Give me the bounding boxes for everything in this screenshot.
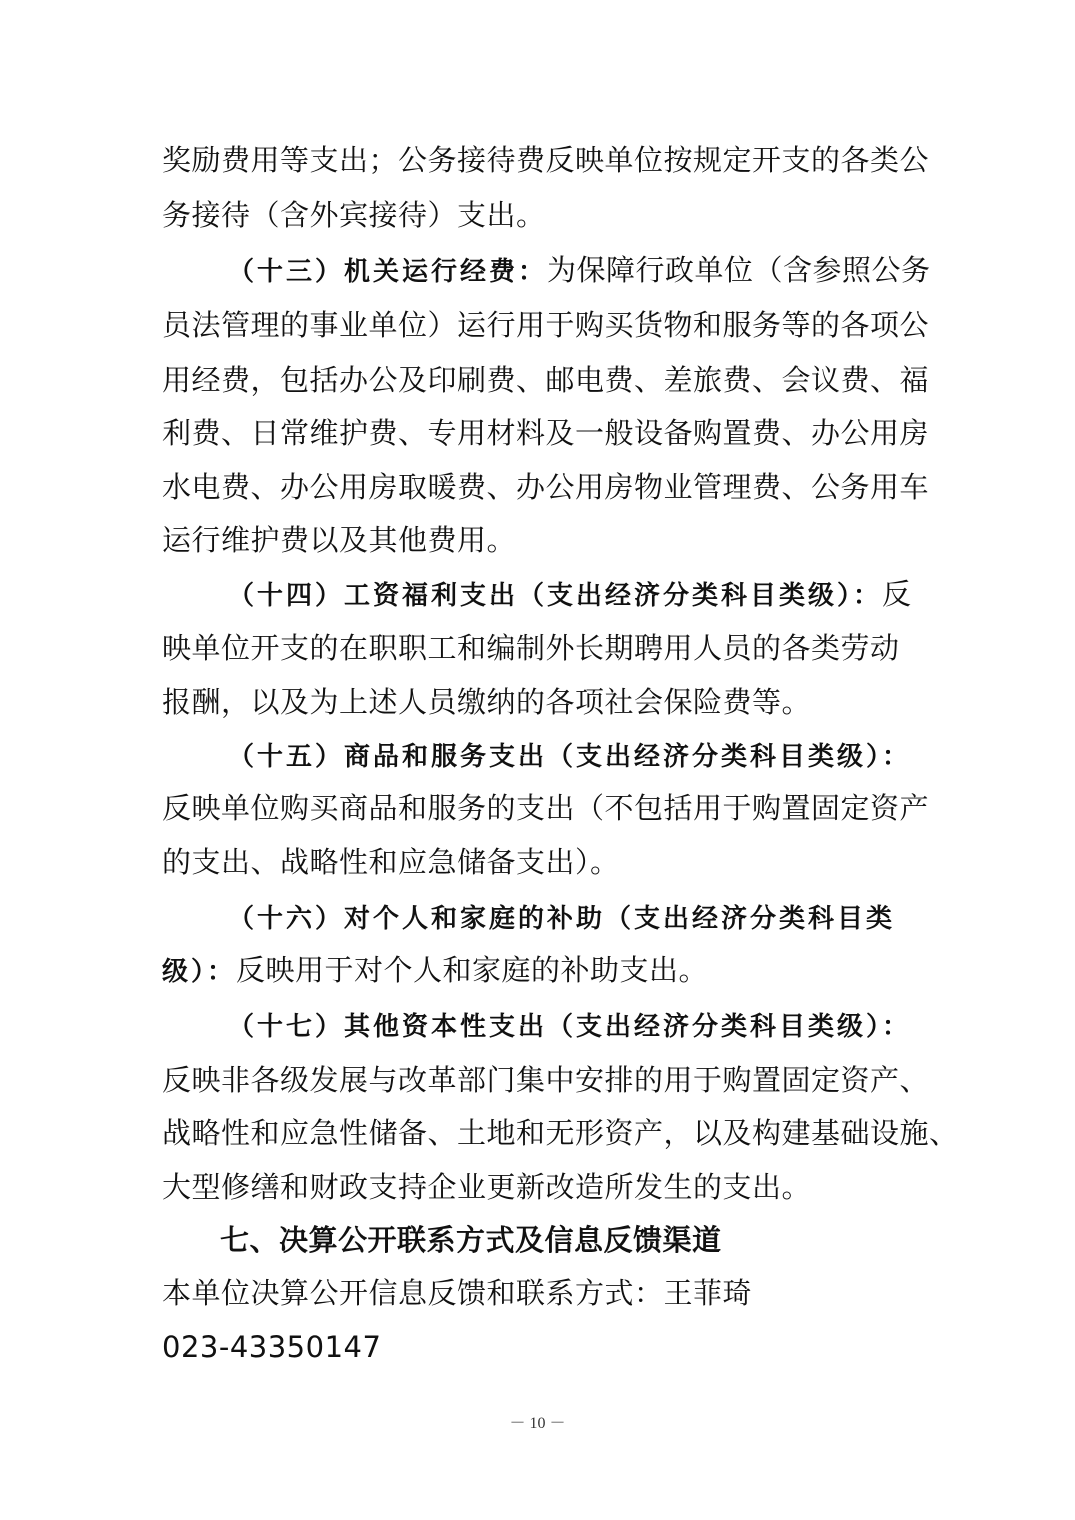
contact-line: 本单位决算公开信息反馈和联系方式：王菲琦	[162, 1275, 752, 1311]
body-line: 级）：反映用于对个人和家庭的补助支出。	[162, 952, 708, 990]
item-16-line: （十六）对个人和家庭的补助（支出经济分类科目类	[228, 899, 895, 937]
phone-number: 023-43350147	[162, 1329, 381, 1365]
body-line: 利费、日常维护费、专用材料及一般设备购置费、办公用房	[162, 415, 929, 451]
item-14-line: （十四）工资福利支出（支出经济分类科目类级）：反	[228, 576, 912, 614]
body-line: 大型修缮和财政支持企业更新改造所发生的支出。	[162, 1169, 811, 1205]
body-line: 务接待（含外宾接待）支出。	[162, 197, 546, 233]
body-line: 报酬，以及为上述人员缴纳的各项社会保险费等。	[162, 684, 811, 720]
item-16-heading: （十六）对个人和家庭的补助（支出经济分类科目类	[228, 904, 895, 934]
body-line: 员法管理的事业单位）运行用于购买货物和服务等的各项公	[162, 307, 929, 343]
body-line: 的支出、战略性和应急储备支出）。	[162, 844, 620, 880]
body-line: 战略性和应急性储备、土地和无形资产，以及构建基础设施、	[162, 1115, 959, 1151]
body-line: 奖励费用等支出；公务接待费反映单位按规定开支的各类公	[162, 142, 929, 178]
section-heading: 七、决算公开联系方式及信息反馈渠道	[220, 1222, 722, 1258]
item-13-heading: （十三）机关运行经费：	[228, 257, 547, 287]
body-line: 映单位开支的在职职工和编制外长期聘用人员的各类劳动	[162, 630, 900, 666]
body-line: 反映单位购买商品和服务的支出（不包括用于购置固定资产	[162, 790, 929, 826]
page-number: － 10 －	[0, 1410, 1075, 1433]
item-15-line: （十五）商品和服务支出（支出经济分类科目类级）：	[228, 737, 911, 775]
item-14-heading: （十四）工资福利支出（支出经济分类科目类级）：	[228, 581, 882, 611]
item-17-line: （十七）其他资本性支出（支出经济分类科目类级）：	[228, 1007, 911, 1045]
body-line: 水电费、办公用房取暖费、办公用房物业管理费、公务用车	[162, 469, 929, 505]
body-line: 反映非各级发展与改革部门集中安排的用于购置固定资产、	[162, 1062, 929, 1098]
item-15-heading: （十五）商品和服务支出（支出经济分类科目类级）：	[228, 742, 911, 772]
body-line: 用经费，包括办公及印刷费、邮电费、差旅费、会议费、福	[162, 362, 929, 398]
item-17-heading: （十七）其他资本性支出（支出经济分类科目类级）：	[228, 1012, 911, 1042]
document-page: 奖励费用等支出；公务接待费反映单位按规定开支的各类公 务接待（含外宾接待）支出。…	[0, 0, 1075, 1520]
body-line: 运行维护费以及其他费用。	[162, 522, 516, 558]
item-13-line: （十三）机关运行经费：为保障行政单位（含参照公务	[228, 252, 931, 290]
